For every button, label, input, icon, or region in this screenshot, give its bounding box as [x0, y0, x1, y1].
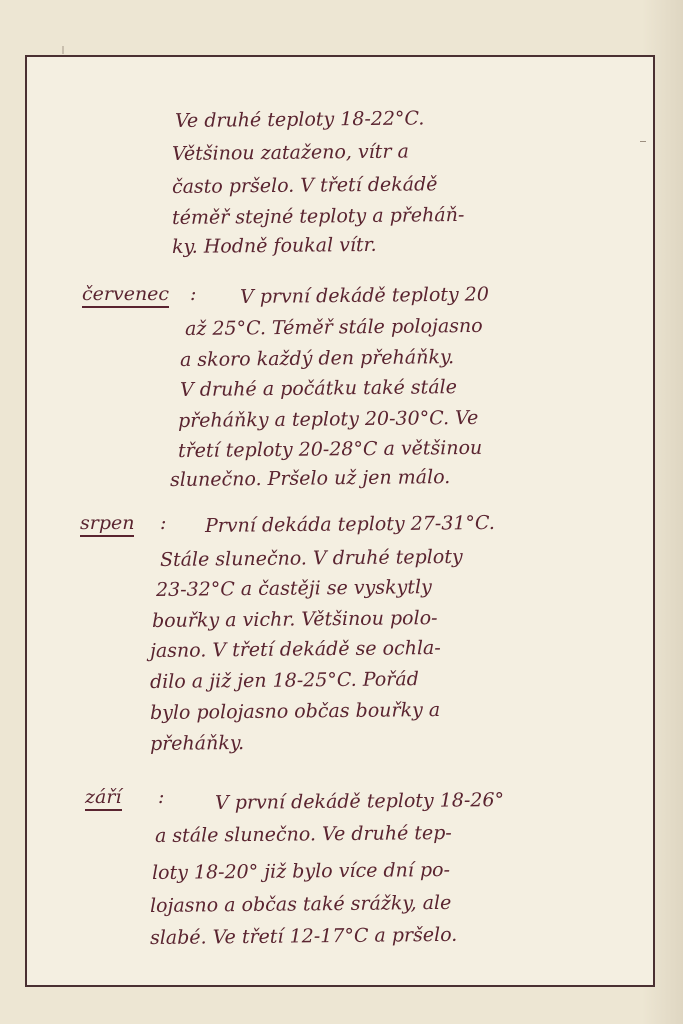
heading-colon: :: [190, 283, 196, 305]
text-line: V druhé a počátku také stále: [180, 376, 457, 401]
text-line: lojasno a občas také srážky, ale: [150, 892, 452, 917]
month-heading-zari: září: [85, 786, 122, 811]
paper-mark: [62, 46, 64, 54]
text-line: až 25°C. Téměř stále polojasno: [185, 315, 483, 340]
text-line: ky. Hodně foukal vítr.: [172, 234, 377, 258]
text-line: dilo a již jen 18-25°C. Pořád: [150, 668, 419, 693]
text-line: a stále slunečno. Ve druhé tep-: [155, 822, 452, 847]
paper-mark: [640, 141, 646, 142]
text-line: Většinou zataženo, vítr a: [172, 141, 409, 165]
text-line: často pršelo. V třetí dekádě: [172, 173, 438, 198]
text-line: bouřky a vichr. Většinou polo-: [152, 607, 438, 632]
text-line: téměř stejné teploty a přeháň-: [172, 204, 465, 229]
text-line: V první dekádě teploty 20: [240, 283, 489, 308]
text-line: přeháňky a teploty 20-30°C. Ve: [178, 407, 479, 432]
text-line: slabé. Ve třetí 12-17°C a pršelo.: [150, 924, 458, 949]
text-line: Stále slunečno. V druhé teploty: [160, 546, 463, 571]
text-line: Ve druhé teploty 18-22°C.: [175, 107, 425, 132]
text-line: slunečno. Pršelo už jen málo.: [170, 466, 451, 491]
month-heading-cervenec: červenec: [82, 283, 169, 308]
text-line: přeháňky.: [150, 732, 244, 755]
text-line: jasno. V třetí dekádě se ochla-: [150, 637, 441, 662]
heading-colon: :: [158, 786, 164, 808]
heading-colon: :: [160, 512, 166, 534]
text-line: třetí teploty 20-28°C a většinou: [178, 437, 482, 462]
text-line: bylo polojasno občas bouřky a: [150, 699, 440, 724]
text-line: První dekáda teploty 27-31°C.: [205, 512, 495, 537]
month-heading-srpen: srpen: [80, 512, 134, 537]
text-line: 23-32°C a častěji se vyskytly: [156, 576, 432, 601]
text-line: a skoro každý den přeháňky.: [180, 346, 454, 371]
text-line: loty 18-20° již bylo více dní po-: [152, 859, 450, 884]
text-line: V první dekádě teploty 18-26°: [215, 789, 504, 814]
